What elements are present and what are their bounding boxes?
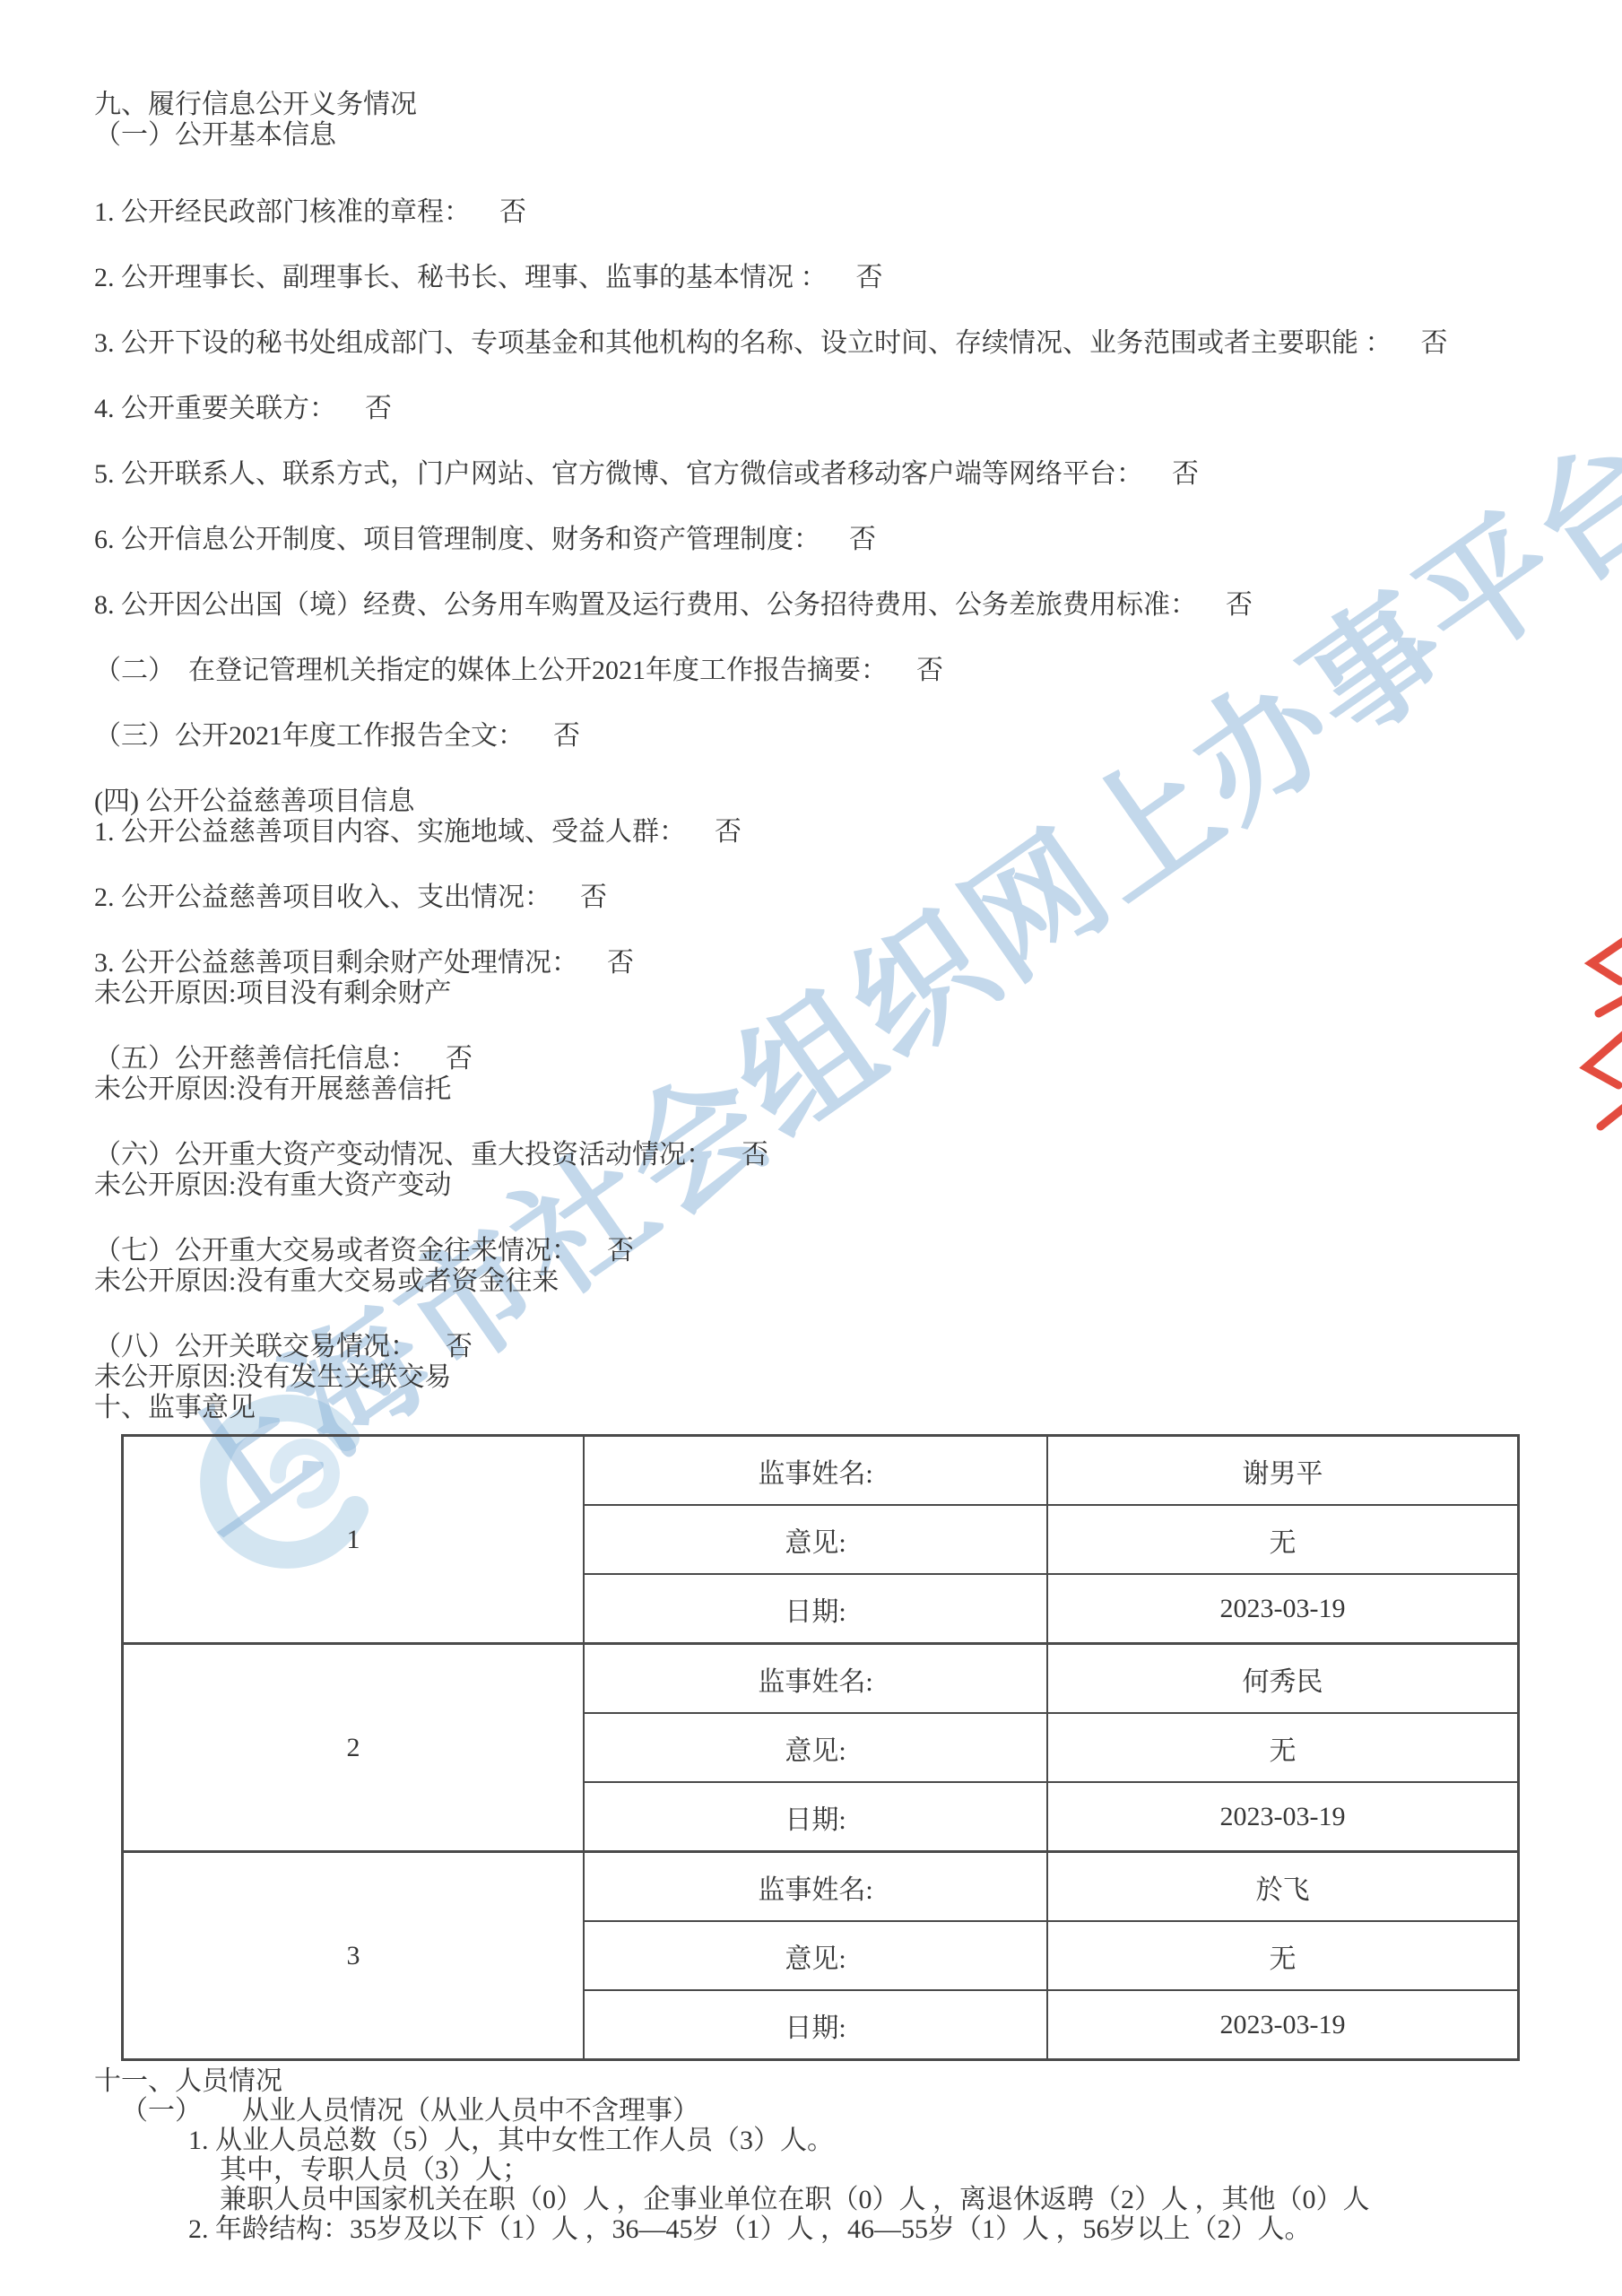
related-party-item-reason: 未公开原因:没有发生关联交易 [94, 1362, 1541, 1393]
disclosure-item-2: 2. 公开理事长、副理事长、秘书长、理事、监事的基本情况 ：否 [94, 263, 1541, 293]
supervisor-opinion-cell: 无 [1047, 1921, 1519, 1990]
answer-text: 否 [1172, 459, 1199, 489]
answer-text: 否 [365, 394, 392, 423]
related-party-item: （八）公开关联交易情况：否 [94, 1332, 1541, 1362]
supervisor-name-cell: 於飞 [1047, 1852, 1519, 1922]
document-page: 上海市社会组织网上办事平台 九、履行信息公开义务情况 （一）公开基本信息 1. … [0, 0, 1622, 2296]
red-seal-fragment-icon [1574, 933, 1622, 1139]
question-text: 5. 公开联系人、联系方式，门户网站、官方微博、官方微信或者移动客户端等网络平台… [94, 459, 1143, 489]
transactions-item-reason: 未公开原因:没有重大交易或者资金往来 [94, 1266, 1541, 1297]
section9-basic-info-heading: （一）公开基本信息 [94, 120, 1541, 151]
question-text: 8. 公开因公出国（境）经费、公务用车购置及运行费用、公务招待费用、公务差旅费用… [94, 590, 1197, 620]
supervisor-date-cell: 2023-03-19 [1047, 1990, 1519, 2060]
charity-item-1: 1. 公开公益慈善项目内容、实施地域、受益人群：否 [94, 817, 1541, 848]
trust-item-reason: 未公开原因:没有开展慈善信托 [94, 1074, 1541, 1105]
answer-text: 否 [499, 197, 526, 227]
answer-text: 否 [446, 1044, 473, 1074]
date-label-cell: 日期: [584, 1990, 1047, 2060]
personnel-sub-heading: （一） 从业人员情况（从业人员中不含理事） [121, 2096, 1541, 2126]
supervisor-date-cell: 2023-03-19 [1047, 1574, 1519, 1644]
personnel-fulltime-line: 其中，专职人员（3）人； [220, 2155, 1541, 2185]
name-label-cell: 监事姓名: [584, 1644, 1047, 1714]
answer-text: 否 [553, 721, 580, 751]
question-text: 2. 公开理事长、副理事长、秘书长、理事、监事的基本情况 ： [94, 263, 828, 292]
answer-text: 否 [849, 525, 876, 554]
question-text: （五）公开慈善信托信息： [94, 1044, 417, 1074]
question-text: （三）公开2021年度工作报告全文： [94, 721, 525, 751]
supervisors-table: 1 监事姓名: 谢男平 意见: 无 日期: 2023-03-19 2 监事姓名:… [121, 1434, 1520, 2061]
supervisor-opinion-cell: 无 [1047, 1713, 1519, 1782]
opinion-label-cell: 意见: [584, 1505, 1047, 1574]
disclosure-item-5: 5. 公开联系人、联系方式，门户网站、官方微博、官方微信或者移动客户端等网络平台… [94, 459, 1541, 490]
table-row: 2 监事姓名: 何秀民 [123, 1644, 1519, 1714]
document-body: 九、履行信息公开义务情况 （一）公开基本信息 1. 公开经民政部门核准的章程：否… [94, 90, 1541, 2244]
name-label-cell: 监事姓名: [584, 1852, 1047, 1922]
disclosure-item-media-summary: （二） 在登记管理机关指定的媒体上公开2021年度工作报告摘要：否 [94, 656, 1541, 686]
disclosure-item-3: 3. 公开下设的秘书处组成部门、专项基金和其他机构的名称、设立时间、存续情况、业… [94, 328, 1541, 359]
question-text: 6. 公开信息公开制度、项目管理制度、财务和资产管理制度： [94, 525, 820, 554]
answer-text: 否 [607, 1236, 634, 1265]
transactions-item: （七）公开重大交易或者资金往来情况：否 [94, 1236, 1541, 1266]
opinion-label-cell: 意见: [584, 1921, 1047, 1990]
charity-item-3-reason: 未公开原因:项目没有剩余财产 [94, 978, 1541, 1009]
answer-text: 否 [715, 817, 742, 847]
answer-text: 否 [1226, 590, 1253, 620]
date-label-cell: 日期: [584, 1574, 1047, 1644]
question-text: （六）公开重大资产变动情况、重大投资活动情况： [94, 1140, 713, 1170]
question-text: 4. 公开重要关联方： [94, 394, 336, 423]
charity-heading: (四) 公开公益慈善项目信息 [94, 787, 1541, 817]
answer-text: 否 [607, 948, 634, 978]
supervisor-date-cell: 2023-03-19 [1047, 1782, 1519, 1852]
question-text: 2. 公开公益慈善项目收入、支出情况： [94, 883, 551, 912]
answer-text: 否 [856, 263, 883, 292]
section10-title: 十、监事意见 [94, 1393, 1541, 1423]
section11-personnel: 十一、人员情况 （一） 从业人员情况（从业人员中不含理事） 1. 从业人员总数（… [94, 2066, 1541, 2244]
section11-title: 十一、人员情况 [94, 2066, 1541, 2096]
question-text: 3. 公开公益慈善项目剩余财产处理情况： [94, 948, 578, 978]
name-label-cell: 监事姓名: [584, 1436, 1047, 1506]
table-row: 1 监事姓名: 谢男平 [123, 1436, 1519, 1506]
answer-text: 否 [742, 1140, 768, 1170]
opinion-label-cell: 意见: [584, 1713, 1047, 1782]
disclosure-item-6: 6. 公开信息公开制度、项目管理制度、财务和资产管理制度：否 [94, 525, 1541, 555]
answer-text: 否 [580, 883, 607, 912]
answer-text: 否 [446, 1332, 473, 1361]
personnel-parttime-line: 兼职人员中国家机关在职（0）人 ，企事业单位在职（0）人 ，离退休返聘（2）人 … [220, 2185, 1541, 2214]
question-text: （七）公开重大交易或者资金往来情况： [94, 1236, 578, 1265]
assets-item: （六）公开重大资产变动情况、重大投资活动情况：否 [94, 1140, 1541, 1170]
supervisor-name-cell: 何秀民 [1047, 1644, 1519, 1714]
question-text: 1. 公开公益慈善项目内容、实施地域、受益人群： [94, 817, 686, 847]
question-text: 3. 公开下设的秘书处组成部门、专项基金和其他机构的名称、设立时间、存续情况、业… [94, 328, 1392, 358]
question-text: （二） 在登记管理机关指定的媒体上公开2021年度工作报告摘要： [94, 656, 888, 685]
supervisor-index-cell: 1 [123, 1436, 585, 1644]
question-text: （八）公开关联交易情况： [94, 1332, 417, 1361]
answer-text: 否 [916, 656, 943, 685]
charity-item-3: 3. 公开公益慈善项目剩余财产处理情况：否 [94, 948, 1541, 978]
supervisor-index-cell: 2 [123, 1644, 585, 1852]
question-text: 1. 公开经民政部门核准的章程： [94, 197, 471, 227]
date-label-cell: 日期: [584, 1782, 1047, 1852]
answer-text: 否 [1421, 328, 1448, 358]
table-row: 3 监事姓名: 於飞 [123, 1852, 1519, 1922]
disclosure-item-1: 1. 公开经民政部门核准的章程：否 [94, 197, 1541, 228]
charity-item-2: 2. 公开公益慈善项目收入、支出情况：否 [94, 883, 1541, 913]
disclosure-item-4: 4. 公开重要关联方：否 [94, 394, 1541, 424]
section9-title: 九、履行信息公开义务情况 [94, 90, 1541, 120]
disclosure-item-8: 8. 公开因公出国（境）经费、公务用车购置及运行费用、公务招待费用、公务差旅费用… [94, 590, 1541, 621]
supervisor-index-cell: 3 [123, 1852, 585, 2060]
assets-item-reason: 未公开原因:没有重大资产变动 [94, 1170, 1541, 1201]
supervisor-opinion-cell: 无 [1047, 1505, 1519, 1574]
disclosure-item-full-report: （三）公开2021年度工作报告全文：否 [94, 721, 1541, 752]
supervisor-name-cell: 谢男平 [1047, 1436, 1519, 1506]
personnel-age-line: 2. 年龄结构：35岁及以下（1）人 ，36—45岁（1）人 ，46—55岁（1… [188, 2214, 1541, 2244]
personnel-total-line: 1. 从业人员总数（5）人，其中女性工作人员（3）人。 [188, 2126, 1541, 2155]
trust-item: （五）公开慈善信托信息：否 [94, 1044, 1541, 1074]
